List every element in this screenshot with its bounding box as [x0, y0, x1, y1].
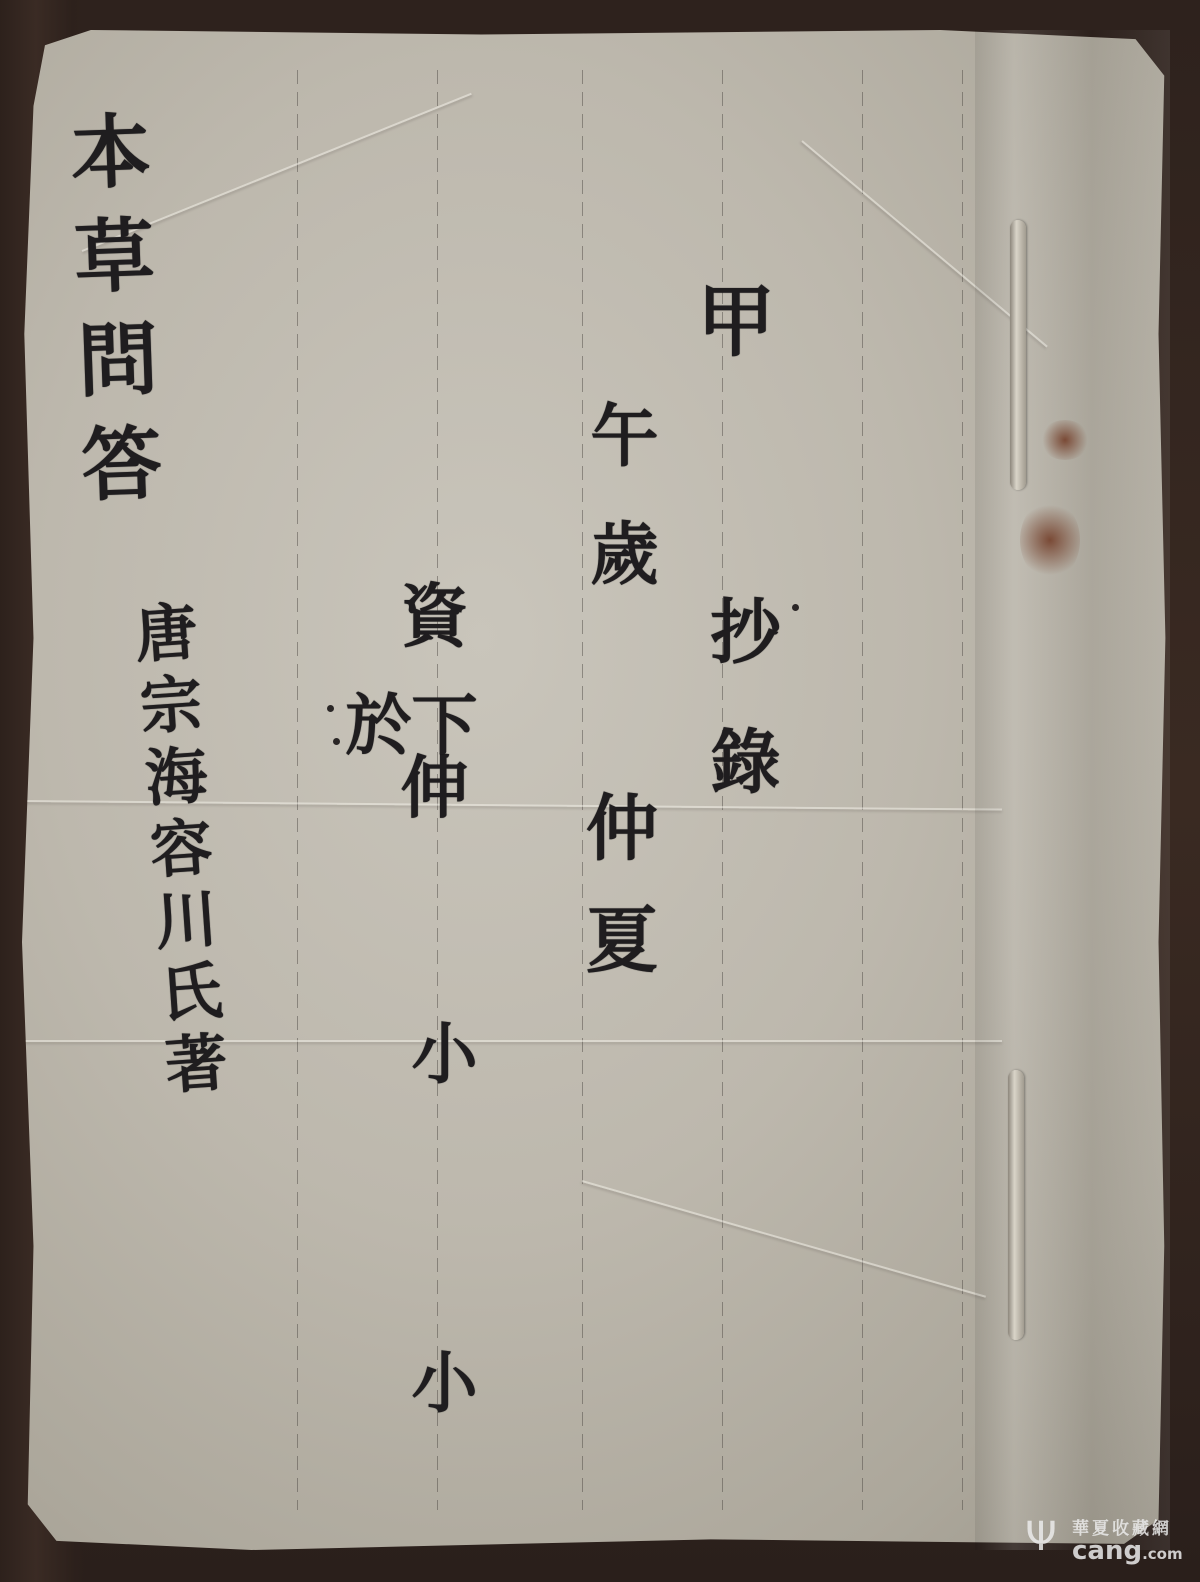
center-column-2: 午歲: [585, 400, 653, 636]
watermark-logo-icon: Ψ: [1020, 1512, 1062, 1562]
watermark-domain-main: cang: [1072, 1536, 1142, 1566]
center-column-4: 下 小 小 於: [340, 690, 472, 1582]
ink-dot: [792, 604, 799, 611]
center-column-5: 抄錄: [705, 595, 775, 855]
ink-dot: [333, 738, 340, 745]
ruled-line: [297, 70, 298, 1510]
site-watermark: Ψ 華夏收藏網 cang.com: [1020, 1510, 1195, 1570]
watermark-domain-suffix: .com: [1142, 1545, 1183, 1563]
ruled-line: [862, 70, 863, 1510]
ink-dot: [327, 705, 334, 712]
binding-thread-bottom: [1008, 1070, 1024, 1340]
ruled-line: [962, 70, 963, 1510]
binding-thread-top: [1010, 220, 1026, 490]
paper-crease: [582, 1180, 986, 1298]
center-column-1: 甲: [690, 280, 768, 388]
rust-stain: [1040, 420, 1090, 460]
title-column: 本草問答: [63, 109, 157, 528]
rust-stain: [1020, 500, 1080, 580]
center-column-6: 仲夏: [580, 790, 652, 1014]
binding-spine: [975, 30, 1170, 1550]
watermark-domain: cang.com: [1072, 1536, 1183, 1566]
